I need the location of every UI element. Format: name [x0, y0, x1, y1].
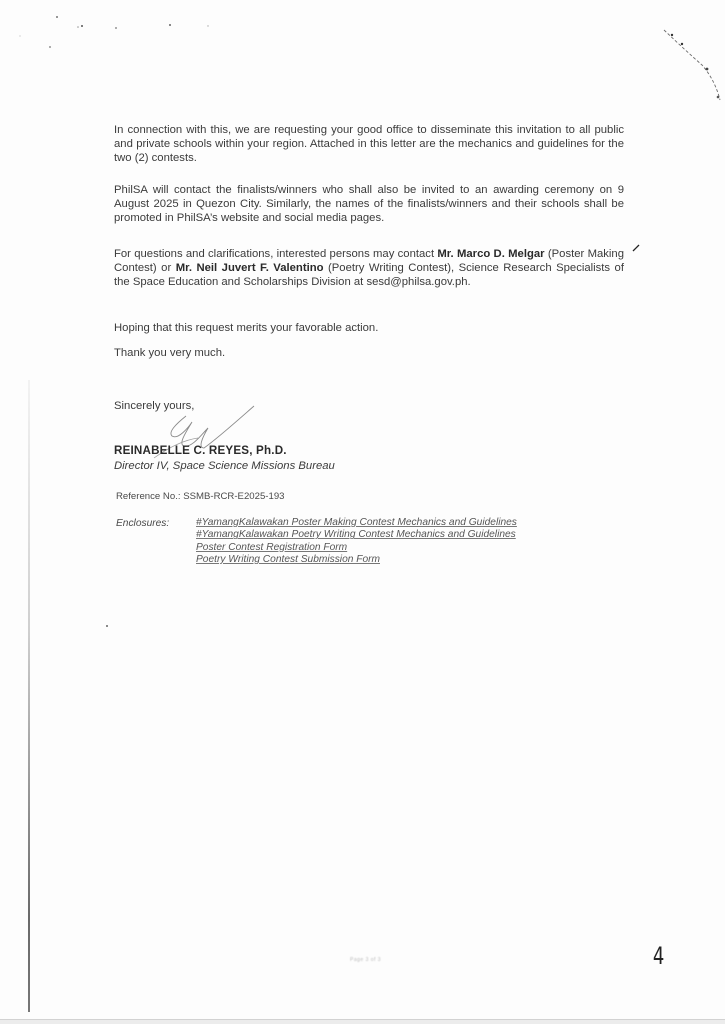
contact-person-poetry: Mr. Neil Juvert F. Valentino — [176, 262, 324, 274]
signatory-title: Director IV, Space Science Missions Bure… — [114, 460, 335, 472]
scan-speck — [106, 625, 108, 627]
enclosure-item[interactable]: Poetry Writing Contest Submission Form — [196, 554, 517, 566]
enclosure-item[interactable]: Poster Contest Registration Form — [196, 542, 517, 554]
corner-crease-mark — [660, 25, 725, 105]
enclosures-list: #YamangKalawakan Poster Making Contest M… — [196, 517, 517, 566]
paragraph-thank-you: Thank you very much. — [114, 347, 624, 361]
scanned-letter-page: In connection with this, we are requesti… — [0, 0, 725, 1024]
contact-text-part-1: For questions and clarifications, intere… — [114, 248, 437, 260]
scan-specks-decoration — [0, 0, 250, 60]
paragraph-awarding-ceremony: PhilSA will contact the finalists/winner… — [114, 184, 624, 225]
enclosure-item[interactable]: #YamangKalawakan Poster Making Contest M… — [196, 517, 517, 529]
enclosures-label: Enclosures: — [116, 518, 169, 529]
enclosure-item[interactable]: #YamangKalawakan Poetry Writing Contest … — [196, 529, 517, 541]
scan-left-edge-line — [28, 380, 30, 1012]
reference-number: Reference No.: SSMB-RCR-E2025-193 — [116, 491, 285, 502]
scan-bottom-edge — [0, 1019, 725, 1024]
page-footer: Page 3 of 3 — [350, 957, 381, 963]
signatory-name: REINABELLE C. REYES, Ph.D. — [114, 444, 287, 457]
paragraph-dissemination-request: In connection with this, we are requesti… — [114, 124, 624, 165]
paragraph-contact-information: For questions and clarifications, intere… — [114, 248, 624, 289]
handwritten-page-number: 4 — [653, 942, 664, 970]
contact-person-poster: Mr. Marco D. Melgar — [437, 248, 544, 260]
paragraph-favorable-action: Hoping that this request merits your fav… — [114, 322, 624, 336]
pen-tick-mark — [632, 244, 640, 252]
